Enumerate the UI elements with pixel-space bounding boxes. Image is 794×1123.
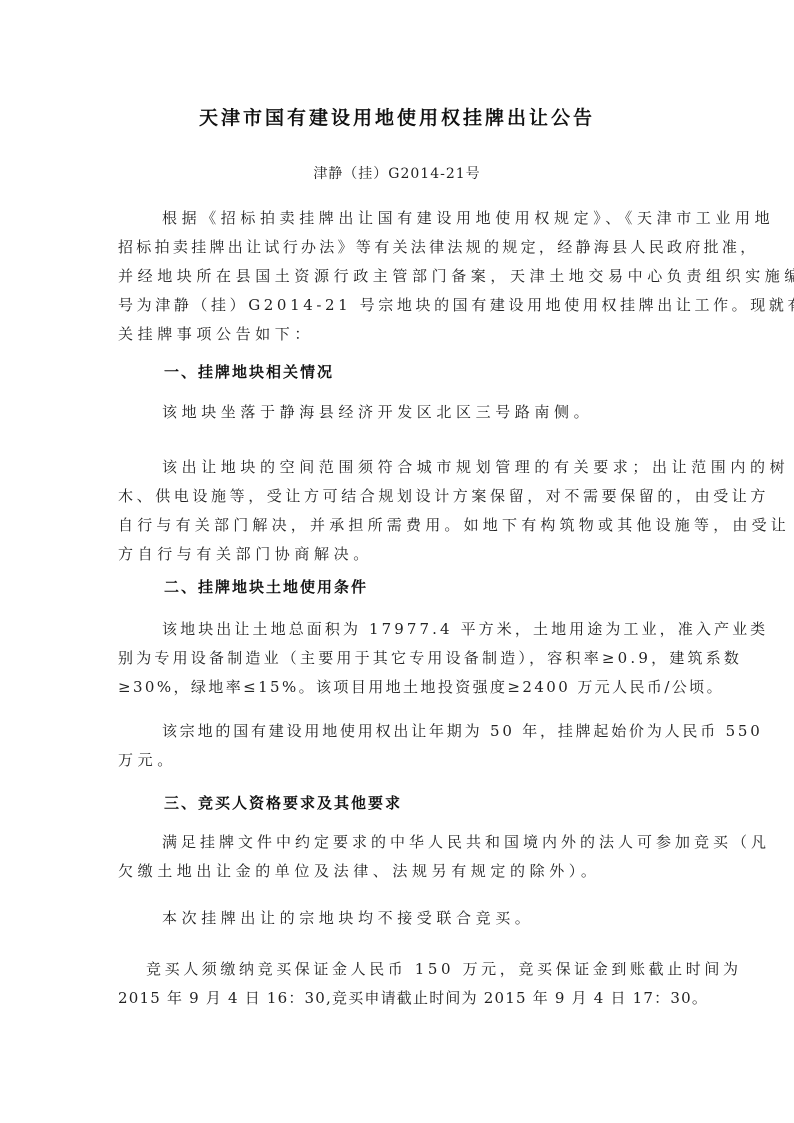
paragraph-line: 招标拍卖挂牌出让试行办法》等有关法律法规的规定，经静海县人民政府批准， bbox=[118, 233, 676, 262]
paragraph-line: 该地块坐落于静海县经济开发区北区三号路南侧。 bbox=[118, 398, 676, 427]
paragraph-line: 自行与有关部门解决，并承担所需费用。如地下有构筑物或其他设施等，由受让 bbox=[118, 511, 676, 540]
section-heading-2: 二、挂牌地块土地使用条件 bbox=[164, 576, 368, 597]
paragraph-line: 该宗地的国有建设用地使用权出让年期为 50 年，挂牌起始价为人民币 550 bbox=[118, 717, 676, 746]
paragraph-line: 2015 年 9 月 4 日 16：30,竞买申请截止时间为 2015 年 9 … bbox=[118, 984, 676, 1013]
section-1-paragraph-1: 该地块坐落于静海县经济开发区北区三号路南侧。 bbox=[118, 398, 676, 427]
paragraph-line: 本次挂牌出让的宗地块均不接受联合竞买。 bbox=[118, 904, 676, 933]
section-2-paragraph-1: 该地块出让土地总面积为 17977.4 平方米，土地用途为工业，准入产业类 别为… bbox=[118, 615, 676, 702]
section-3-paragraph-1: 满足挂牌文件中约定要求的中华人民共和国境内外的法人可参加竞买（凡 欠缴土地出让金… bbox=[118, 828, 676, 886]
paragraph-line: 该出让地块的空间范围须符合城市规划管理的有关要求；出让范围内的树 bbox=[118, 453, 676, 482]
paragraph-line: 关挂牌事项公告如下： bbox=[118, 320, 676, 349]
paragraph-line: 方自行与有关部门协商解决。 bbox=[118, 540, 676, 569]
section-heading-3: 三、竞买人资格要求及其他要求 bbox=[164, 792, 402, 813]
document-number: 津静（挂）G2014-21号 bbox=[118, 163, 676, 183]
paragraph-line: 根据《招标拍卖挂牌出让国有建设用地使用权规定》、《天津市工业用地 bbox=[118, 204, 676, 233]
paragraph-line: 该地块出让土地总面积为 17977.4 平方米，土地用途为工业，准入产业类 bbox=[118, 615, 676, 644]
paragraph-line: 满足挂牌文件中约定要求的中华人民共和国境内外的法人可参加竞买（凡 bbox=[118, 828, 676, 857]
section-3-paragraph-2: 本次挂牌出让的宗地块均不接受联合竞买。 bbox=[118, 904, 676, 933]
section-1-paragraph-2: 该出让地块的空间范围须符合城市规划管理的有关要求；出让范围内的树 木、供电设施等… bbox=[118, 453, 676, 569]
section-2-paragraph-2: 该宗地的国有建设用地使用权出让年期为 50 年，挂牌起始价为人民币 550 万元… bbox=[118, 717, 676, 775]
paragraph-line: 欠缴土地出让金的单位及法律、法规另有规定的除外）。 bbox=[118, 857, 676, 886]
paragraph-line: 万元。 bbox=[118, 746, 676, 775]
section-heading-1: 一、挂牌地块相关情况 bbox=[164, 361, 334, 382]
section-3-paragraph-3: 竞买人须缴纳竞买保证金人民币 150 万元，竞买保证金到账截止时间为 2015 … bbox=[118, 955, 676, 1013]
intro-paragraph: 根据《招标拍卖挂牌出让国有建设用地使用权规定》、《天津市工业用地 招标拍卖挂牌出… bbox=[118, 204, 676, 349]
paragraph-line: 木、供电设施等，受让方可结合规划设计方案保留，对不需要保留的，由受让方 bbox=[118, 482, 676, 511]
paragraph-line: 号为津静（挂）G2014-21 号宗地块的国有建设用地使用权挂牌出让工作。现就有 bbox=[118, 291, 676, 320]
paragraph-line: 并经地块所在县国土资源行政主管部门备案，天津土地交易中心负责组织实施编 bbox=[118, 262, 676, 291]
paragraph-line: 竞买人须缴纳竞买保证金人民币 150 万元，竞买保证金到账截止时间为 bbox=[118, 955, 676, 984]
document-title: 天津市国有建设用地使用权挂牌出让公告 bbox=[118, 103, 676, 130]
paragraph-line: ≥30%，绿地率≤15%。该项目用地土地投资强度≥2400 万元人民币/公顷。 bbox=[118, 673, 676, 702]
paragraph-line: 别为专用设备制造业（主要用于其它专用设备制造），容积率≥0.9，建筑系数 bbox=[118, 644, 676, 673]
